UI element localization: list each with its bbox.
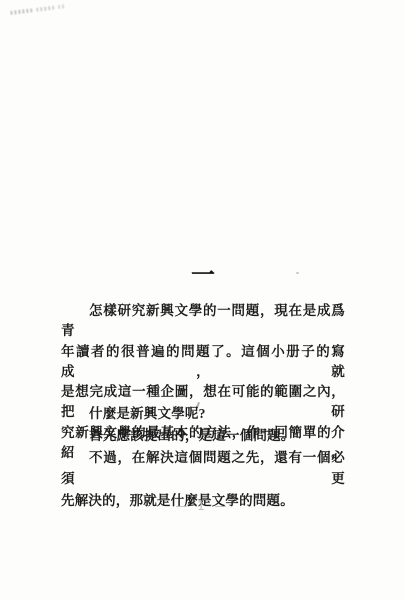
paragraph-line: 怎樣研究新興文學的一問題，現在是成爲青 xyxy=(61,301,345,342)
paragraph-line: 不過，在解決這個問題之先，還有一個必須更 xyxy=(61,447,345,491)
paragraph-line: 年讀者的很普遍的問題了。這個小册子的寫成，就 xyxy=(61,342,345,383)
scan-watermark xyxy=(10,2,68,16)
question-heading: 什麼是新興文學呢? xyxy=(61,403,345,425)
watermark-glyph-cluster xyxy=(10,8,32,15)
question-section: 什麼是新興文學呢? 首先應該提出的，是這一個問題。 不過，在解決這個問題之先，還… xyxy=(61,403,345,512)
watermark-glyph-cluster xyxy=(58,4,66,9)
answer-line: 首先應該提出的，是這一個問題。 xyxy=(61,425,345,447)
scanned-book-page: 一 怎樣研究新興文學的一問題，現在是成爲青 年讀者的很普遍的問題了。這個小册子的… xyxy=(0,0,405,600)
chapter-number: 一 xyxy=(188,264,218,288)
scan-speck xyxy=(296,272,299,274)
watermark-glyph-cluster xyxy=(36,5,54,11)
page-number-footer: — 1 — xyxy=(0,499,405,513)
